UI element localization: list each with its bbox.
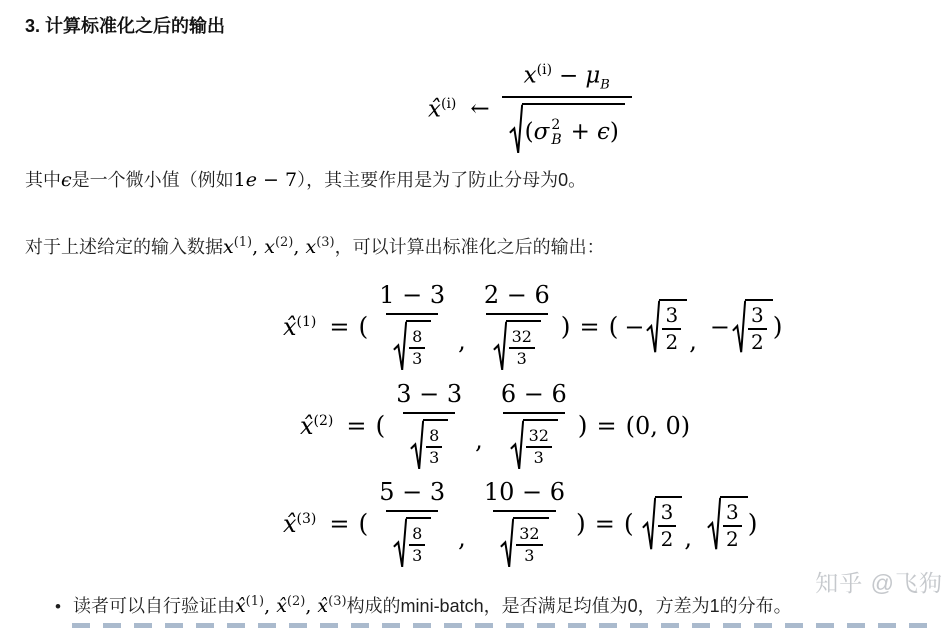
denominator: 3	[534, 448, 544, 467]
x-symbol: x	[305, 236, 316, 258]
open-paren: (	[359, 509, 369, 538]
superscript-3: (3)	[328, 594, 346, 609]
comma: ,	[458, 524, 466, 552]
left-arrow-icon: ←	[470, 96, 489, 122]
denominator: 2	[751, 330, 764, 354]
small-fraction: 83	[409, 525, 425, 566]
fraction-denominator: (σ2B+ϵ)	[502, 96, 632, 156]
bullet-note: • 读者可以自行验证由x̂(1), x̂(2), x̂(3)构成的mini-ba…	[55, 592, 792, 618]
xhat-symbol: x̂	[428, 96, 441, 122]
fraction-numerator: 1 − 3	[370, 281, 454, 313]
fraction-numerator: 6 − 6	[492, 380, 576, 412]
close-paren: )	[561, 312, 571, 341]
xhat-symbol: x̂	[317, 595, 328, 617]
fraction-numerator: 5 − 3	[370, 478, 454, 510]
math-run: − 7	[257, 169, 297, 191]
superscript-2: (2)	[275, 235, 293, 250]
paragraph-epsilon-note: 其中ϵ是一个微小值（例如1e − 7），其主要作用是为了防止分母为0。	[25, 167, 586, 194]
fraction: 5 − 3 83	[370, 478, 454, 570]
x-symbol: x	[524, 63, 537, 89]
square-root: 83	[393, 517, 431, 570]
open-paren: (	[525, 119, 534, 145]
x-symbol: x	[223, 236, 234, 258]
radicand: 323	[506, 320, 541, 373]
numerator: 8	[409, 525, 425, 546]
equals-sign: =	[329, 510, 349, 538]
superscript-1: (1)	[246, 594, 264, 609]
radicand: 83	[406, 517, 431, 570]
square-root: (σ2B+ϵ)	[509, 103, 625, 156]
equals-sign: =	[595, 510, 615, 538]
fraction: 1 − 3 83	[370, 281, 454, 373]
mu-symbol: μ	[585, 63, 600, 89]
denominator: 2	[665, 330, 678, 354]
formula-lhs: x̂(3)	[283, 510, 316, 538]
sigma-sup-sub: 2B	[551, 118, 561, 147]
comma: ,	[293, 236, 305, 258]
small-fraction: 323	[526, 427, 552, 468]
denominator: 2	[661, 527, 674, 551]
text-run: 对于上述给定的输入数据	[25, 237, 223, 257]
small-fraction: 83	[409, 328, 425, 369]
radicand: 83	[406, 320, 431, 373]
formula-lhs: x̂(2)	[300, 412, 333, 440]
square-root: 323	[510, 419, 558, 472]
subscript-B: B	[551, 133, 561, 148]
numerator: 32	[526, 427, 552, 448]
formula-lhs: x̂(i)	[428, 96, 456, 123]
xhat-symbol: x̂	[283, 313, 297, 341]
minus-sign: −	[559, 63, 578, 89]
article-page: 3. 计算标准化之后的输出 x̂(i) ← x(i)−μB (σ2B+ϵ) 其中…	[0, 0, 948, 629]
fraction-numerator: 3 − 3	[387, 380, 471, 412]
text-run: 是一个微小值（例如	[72, 170, 234, 190]
xhat-symbol: x̂	[283, 510, 297, 538]
fraction: x(i)−μB (σ2B+ϵ)	[502, 62, 632, 156]
radicand: (σ2B+ϵ)	[522, 103, 625, 156]
square-root: 32	[732, 299, 773, 355]
square-root: 323	[493, 320, 541, 373]
comma: ,	[264, 595, 276, 617]
close-paren: )	[576, 509, 586, 538]
bullet-marker: •	[55, 597, 61, 617]
small-fraction: 32	[748, 304, 767, 354]
text-run: ，可以计算出标准化之后的输出：	[335, 237, 605, 257]
fraction: 6 − 6 323	[492, 380, 576, 472]
radical-icon	[642, 496, 656, 552]
equals-sign: =	[579, 313, 599, 341]
comma: ,	[458, 327, 466, 355]
fraction-numerator: x(i)−μB	[515, 62, 619, 96]
math-run: e	[246, 169, 257, 191]
radicand: 32	[745, 299, 773, 355]
epsilon-symbol: ϵ	[597, 119, 610, 145]
radical-icon	[509, 103, 523, 156]
result-tuple: (0, 0)	[626, 412, 691, 440]
fraction-denominator: 83	[386, 313, 438, 373]
subscript-B: B	[600, 77, 610, 92]
fraction-numerator: 10 − 6	[475, 478, 574, 510]
superscript-i: (i)	[441, 96, 456, 112]
section-heading: 3. 计算标准化之后的输出	[25, 12, 225, 38]
fraction: 3 − 3 83	[387, 380, 471, 472]
xhat-symbol: x̂	[276, 595, 287, 617]
superscript-1: (1)	[234, 235, 252, 250]
equals-sign: =	[346, 412, 366, 440]
close-paren: )	[773, 312, 783, 341]
fraction-denominator: 83	[403, 412, 455, 472]
comma: ,	[475, 426, 483, 454]
open-paren: (	[376, 411, 386, 440]
text-run: 读者可以自行验证由	[73, 596, 235, 616]
fraction-denominator: 83	[386, 510, 438, 570]
square-root: 83	[393, 320, 431, 373]
bullet-text: 读者可以自行验证由x̂(1), x̂(2), x̂(3)构成的mini-batc…	[73, 592, 792, 618]
main-formula: x̂(i) ← x(i)−μB (σ2B+ϵ)	[428, 62, 634, 156]
equation-xhat-3: x̂(3) = ( 5 − 3 83 , 10 − 6 323 ) = ( 32…	[283, 478, 758, 570]
comma: ,	[689, 327, 697, 355]
radicand: 83	[423, 419, 448, 472]
paragraph-intro-outputs: 对于上述给定的输入数据x(1), x(2), x(3)，可以计算出标准化之后的输…	[25, 229, 605, 261]
superscript-3: (3)	[297, 511, 317, 527]
small-fraction: 32	[723, 501, 742, 551]
close-paren: )	[748, 509, 758, 538]
fraction-numerator: 2 − 6	[475, 281, 559, 313]
radicand: 32	[655, 496, 683, 552]
square-root: 83	[410, 419, 448, 472]
numerator: 32	[516, 525, 542, 546]
superscript-2: 2	[551, 118, 560, 133]
numerator: 32	[509, 328, 535, 349]
radical-icon	[510, 419, 524, 472]
comma: ,	[684, 524, 692, 552]
formula-lhs: x̂(1)	[283, 313, 316, 341]
zhihu-watermark: 知乎 @飞狗	[815, 565, 943, 598]
cutoff-next-line	[72, 623, 938, 628]
radical-icon	[393, 517, 407, 570]
square-root: 323	[500, 517, 548, 570]
superscript-1: (1)	[297, 314, 317, 330]
plus-sign: +	[571, 119, 590, 145]
equation-xhat-1: x̂(1) = ( 1 − 3 83 , 2 − 6 323 ) = ( − 3…	[283, 281, 782, 373]
minus-sign: −	[624, 313, 644, 341]
fraction: 10 − 6 323	[475, 478, 574, 570]
radical-icon	[393, 320, 407, 373]
text-run: ），其主要作用是为了防止分母为0。	[297, 170, 586, 190]
denominator: 3	[429, 448, 439, 467]
small-fraction: 83	[426, 427, 442, 468]
xhat-symbol: x̂	[300, 412, 314, 440]
denominator: 2	[726, 527, 739, 551]
xhat-symbol: x̂	[235, 595, 246, 617]
square-root: 32	[646, 299, 687, 355]
text-run: 构成的mini-batch，是否满足均值为0，方差为1的分布。	[347, 596, 792, 616]
superscript-2: (2)	[314, 413, 334, 429]
comma: ,	[252, 236, 264, 258]
radicand: 323	[513, 517, 548, 570]
equation-xhat-2: x̂(2) = ( 3 − 3 83 , 6 − 6 323 ) = (0, 0…	[300, 380, 690, 472]
fraction-denominator: 323	[486, 313, 548, 373]
numerator: 3	[723, 501, 742, 527]
equals-sign: =	[329, 313, 349, 341]
denominator: 3	[524, 546, 534, 565]
fraction-denominator: 323	[503, 412, 565, 472]
radical-icon	[410, 419, 424, 472]
superscript-2: (2)	[287, 594, 305, 609]
radical-icon	[500, 517, 514, 570]
superscript-i: (i)	[537, 62, 552, 78]
open-paren: (	[624, 509, 634, 538]
denominator: 3	[517, 349, 527, 368]
radicand: 32	[659, 299, 687, 355]
radicand: 32	[720, 496, 748, 552]
fraction: 2 − 6 323	[475, 281, 559, 373]
small-fraction: 323	[509, 328, 535, 369]
open-paren: (	[359, 312, 369, 341]
square-root: 32	[707, 496, 748, 552]
denominator: 3	[412, 349, 422, 368]
close-paren: )	[578, 411, 588, 440]
numerator: 8	[409, 328, 425, 349]
comma: ,	[305, 595, 317, 617]
small-fraction: 32	[662, 304, 681, 354]
numerator: 3	[658, 501, 677, 527]
close-paren: )	[610, 119, 619, 145]
radical-icon	[707, 496, 721, 552]
radical-icon	[732, 299, 746, 355]
small-fraction: 323	[516, 525, 542, 566]
numerator: 3	[662, 304, 681, 330]
small-fraction: 32	[658, 501, 677, 551]
text-run: 其中	[25, 170, 61, 190]
sigma-symbol: σ	[534, 119, 550, 145]
radical-icon	[493, 320, 507, 373]
equals-sign: =	[596, 412, 616, 440]
radicand: 323	[523, 419, 558, 472]
superscript-3: (3)	[316, 235, 334, 250]
math-run: 1	[234, 169, 246, 191]
numerator: 3	[748, 304, 767, 330]
denominator: 3	[412, 546, 422, 565]
x-symbol: x	[264, 236, 275, 258]
radical-icon	[646, 299, 660, 355]
fraction-denominator: 323	[493, 510, 555, 570]
minus-sign: −	[710, 313, 730, 341]
open-paren: (	[609, 312, 619, 341]
numerator: 8	[426, 427, 442, 448]
epsilon-symbol: ϵ	[61, 169, 72, 191]
square-root: 32	[642, 496, 683, 552]
